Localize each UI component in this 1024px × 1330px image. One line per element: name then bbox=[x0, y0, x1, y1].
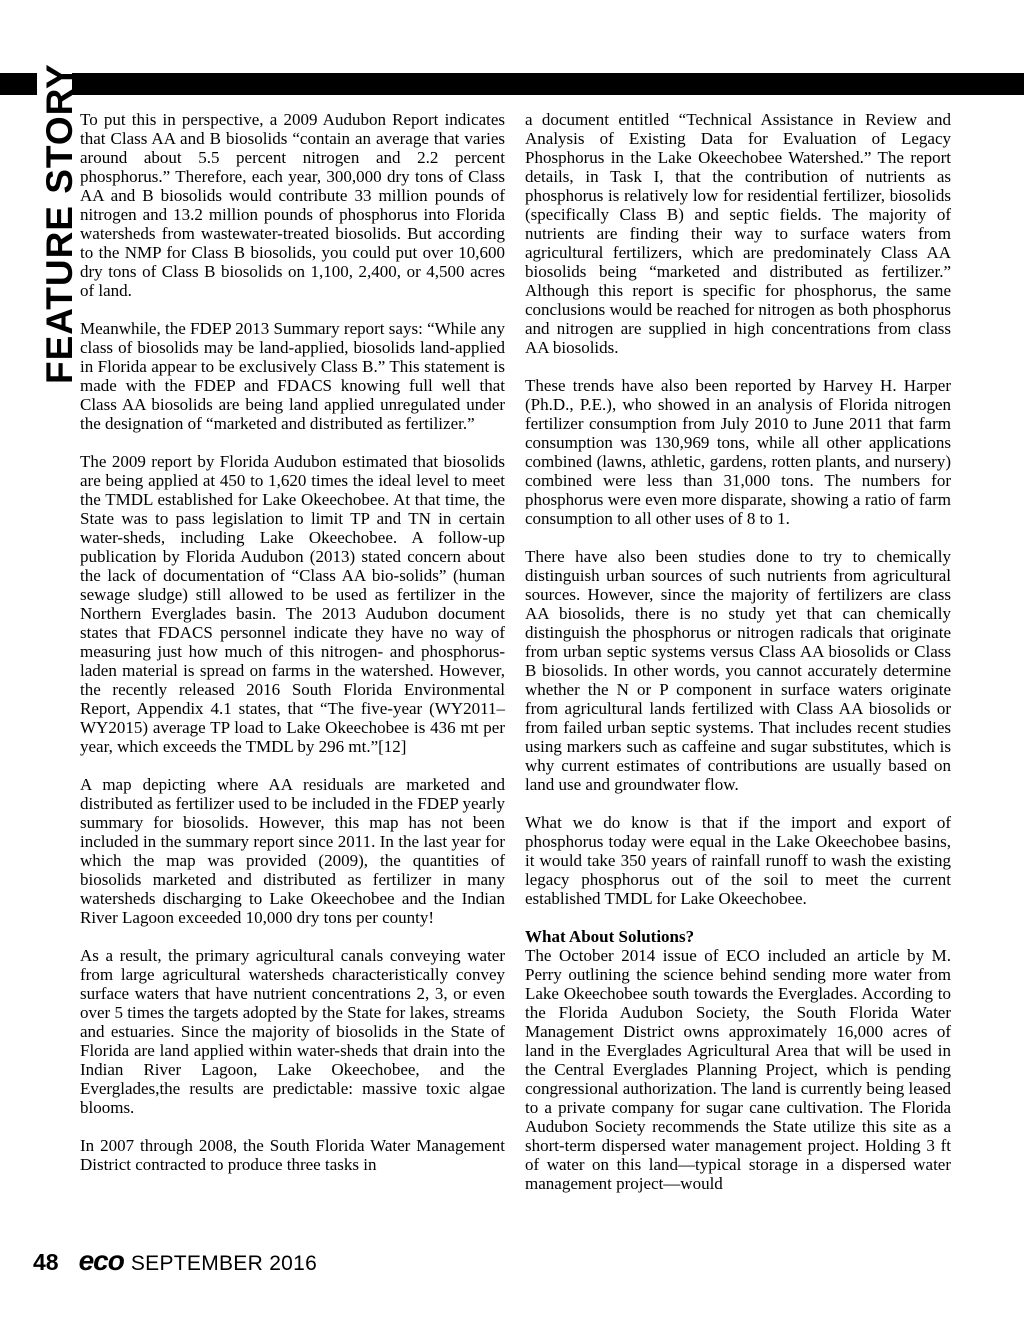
feature-story-vertical-label: FEATURE STORY bbox=[41, 63, 78, 384]
paragraph-harper-trends: These trends have also been reported by … bbox=[525, 376, 951, 528]
paragraph-sfwmd: In 2007 through 2008, the South Florida … bbox=[80, 1136, 505, 1174]
paragraph-canals: As a result, the primary agricultural ca… bbox=[80, 946, 505, 1117]
paragraph-technical-assistance: a document entitled “Technical Assistanc… bbox=[525, 110, 951, 357]
paragraph-2009-report: The 2009 report by Florida Audubon estim… bbox=[80, 452, 505, 756]
top-rule-left-segment bbox=[0, 73, 37, 95]
page-footer: 48 eco SEPTEMBER 2016 bbox=[33, 1245, 317, 1277]
paragraph-import-export: What we do know is that if the import an… bbox=[525, 813, 951, 908]
right-text-column: a document entitled “Technical Assistanc… bbox=[525, 110, 951, 1212]
left-text-column: To put this in perspective, a 2009 Audub… bbox=[80, 110, 505, 1193]
top-rule-right-segment bbox=[72, 73, 1024, 95]
paragraph-map: A map depicting where AA residuals are m… bbox=[80, 775, 505, 927]
paragraph-perspective: To put this in perspective, a 2009 Audub… bbox=[80, 110, 505, 300]
paragraph-solutions: The October 2014 issue of ECO included a… bbox=[525, 946, 951, 1193]
page-number: 48 bbox=[33, 1249, 59, 1276]
magazine-page: FEATURE STORY To put this in perspective… bbox=[0, 0, 1024, 1330]
issue-date: SEPTEMBER 2016 bbox=[131, 1252, 317, 1276]
solutions-heading: What About Solutions? bbox=[525, 927, 951, 946]
eco-magazine-logo: eco bbox=[79, 1245, 124, 1277]
paragraph-chemical-studies: There have also been studies done to try… bbox=[525, 547, 951, 794]
paragraph-fdep-summary: Meanwhile, the FDEP 2013 Summary report … bbox=[80, 319, 505, 433]
